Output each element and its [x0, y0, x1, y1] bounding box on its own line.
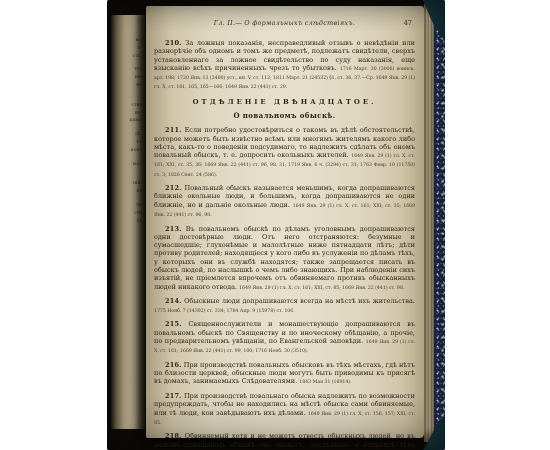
law-article-218: 218. Обвиняемый хотя и не можетъ отвесть…	[154, 432, 415, 450]
law-article-215: 215. Священнослужители и монашествующіе …	[154, 320, 415, 355]
overleaf-text-fragment: сть,	[111, 53, 142, 61]
book-photo: мя о- сть, тся ніе къ ства по- цами дѣ. …	[107, 0, 445, 450]
page-number: 47	[404, 19, 412, 27]
law-article-214: 214. Обыскные люди допрашиваются всегда …	[154, 297, 415, 314]
overleaf-text-fragment: хъ	[111, 218, 142, 226]
overleaf-text-fragment: къ	[111, 82, 142, 90]
article-number: 210.	[165, 39, 182, 47]
article-number: 216.	[165, 361, 182, 369]
overleaf-text-fragment: ніе	[111, 74, 142, 82]
overleaf-text-fragment: новъ	[111, 147, 142, 155]
page-header: Гл. II.— О формальныхъ слѣдствіяхъ. 47	[154, 19, 415, 32]
law-article-217: 217. При производствѣ повальнаго обыска …	[154, 392, 415, 427]
article-citation: 1775 Нояб. 7 (14392) ст. 334; 1784 Апр. …	[154, 309, 295, 314]
article-number: 212.	[165, 184, 182, 192]
overleaf-text-fragment: мая	[111, 161, 142, 169]
law-article-213: 213. Въ повальномъ обыскѣ по дѣламъ угол…	[154, 225, 415, 292]
overleaf-text-fragment: о-	[111, 45, 142, 53]
overleaf-text-fragment: ній.	[111, 180, 142, 188]
overleaf-text-fragment: ли	[111, 202, 142, 210]
overleaf-text-fragment: ства	[111, 102, 142, 110]
marbled-cover-edge	[434, 0, 445, 450]
book-page: Гл. II.— О формальныхъ слѣдствіяхъ. 47 2…	[146, 6, 424, 438]
article-number: 217.	[165, 392, 182, 400]
law-article-211: 211. Если потребно удостовѣриться о тако…	[154, 126, 415, 178]
overleaf-text-fragment: тся	[111, 66, 142, 74]
article-text: Обыскные люди допрашиваются всегда на мѣ…	[184, 297, 415, 305]
article-number: 213.	[165, 225, 182, 233]
law-article-216: 216. При производствѣ повальныхъ обысков…	[154, 361, 415, 387]
article-number: 218.	[165, 432, 182, 440]
overleaf-text-fragment: сти	[111, 210, 142, 218]
section-heading: ОТДѢЛЕНІЕ ДВѢНАДЦАТОЕ.	[154, 98, 415, 106]
overleaf-text-fragment: мя	[111, 37, 142, 45]
screenshot-background: мя о- сть, тся ніе къ ства по- цами дѣ. …	[0, 0, 550, 450]
article-number: 214.	[165, 297, 182, 305]
article-text: При производствѣ повальныхъ обысковъ въ …	[154, 361, 415, 386]
overleaf-text-fragment: цами	[111, 117, 142, 125]
article-number: 211.	[165, 126, 182, 134]
article-number: 215.	[165, 320, 182, 328]
subsection-heading: О повальномъ обыскѣ.	[154, 111, 415, 120]
overleaf-text-fragment: въ	[111, 188, 142, 196]
article-text: Въ повальномъ обыскѣ по дѣламъ уголовным…	[154, 225, 415, 291]
previous-page-edge: мя о- сть, тся ніе къ ства по- цами дѣ. …	[111, 15, 146, 429]
article-citation: 1843 Мая 31 (16914).	[299, 380, 351, 385]
overleaf-text-fragment: по-	[111, 110, 142, 118]
article-text: Обвиняемый хотя и не можетъ отвесть обыс…	[154, 432, 415, 450]
law-article-210: 210. За ложныя показанія, несправедливый…	[154, 39, 415, 91]
article-citation: 1649 Янв. 29 (1) гл. X, ст. 161; XXI, ст…	[239, 286, 404, 291]
chapter-running-title: Гл. II.— О формальныхъ слѣдствіяхъ.	[154, 19, 415, 27]
law-article-212: 212. Повальный обыскъ называется меньшим…	[154, 184, 415, 219]
overleaf-text-fragment: тъ	[111, 139, 142, 147]
overleaf-text-fragment: дѣ.	[111, 131, 142, 139]
page-edges-stack	[424, 4, 434, 442]
